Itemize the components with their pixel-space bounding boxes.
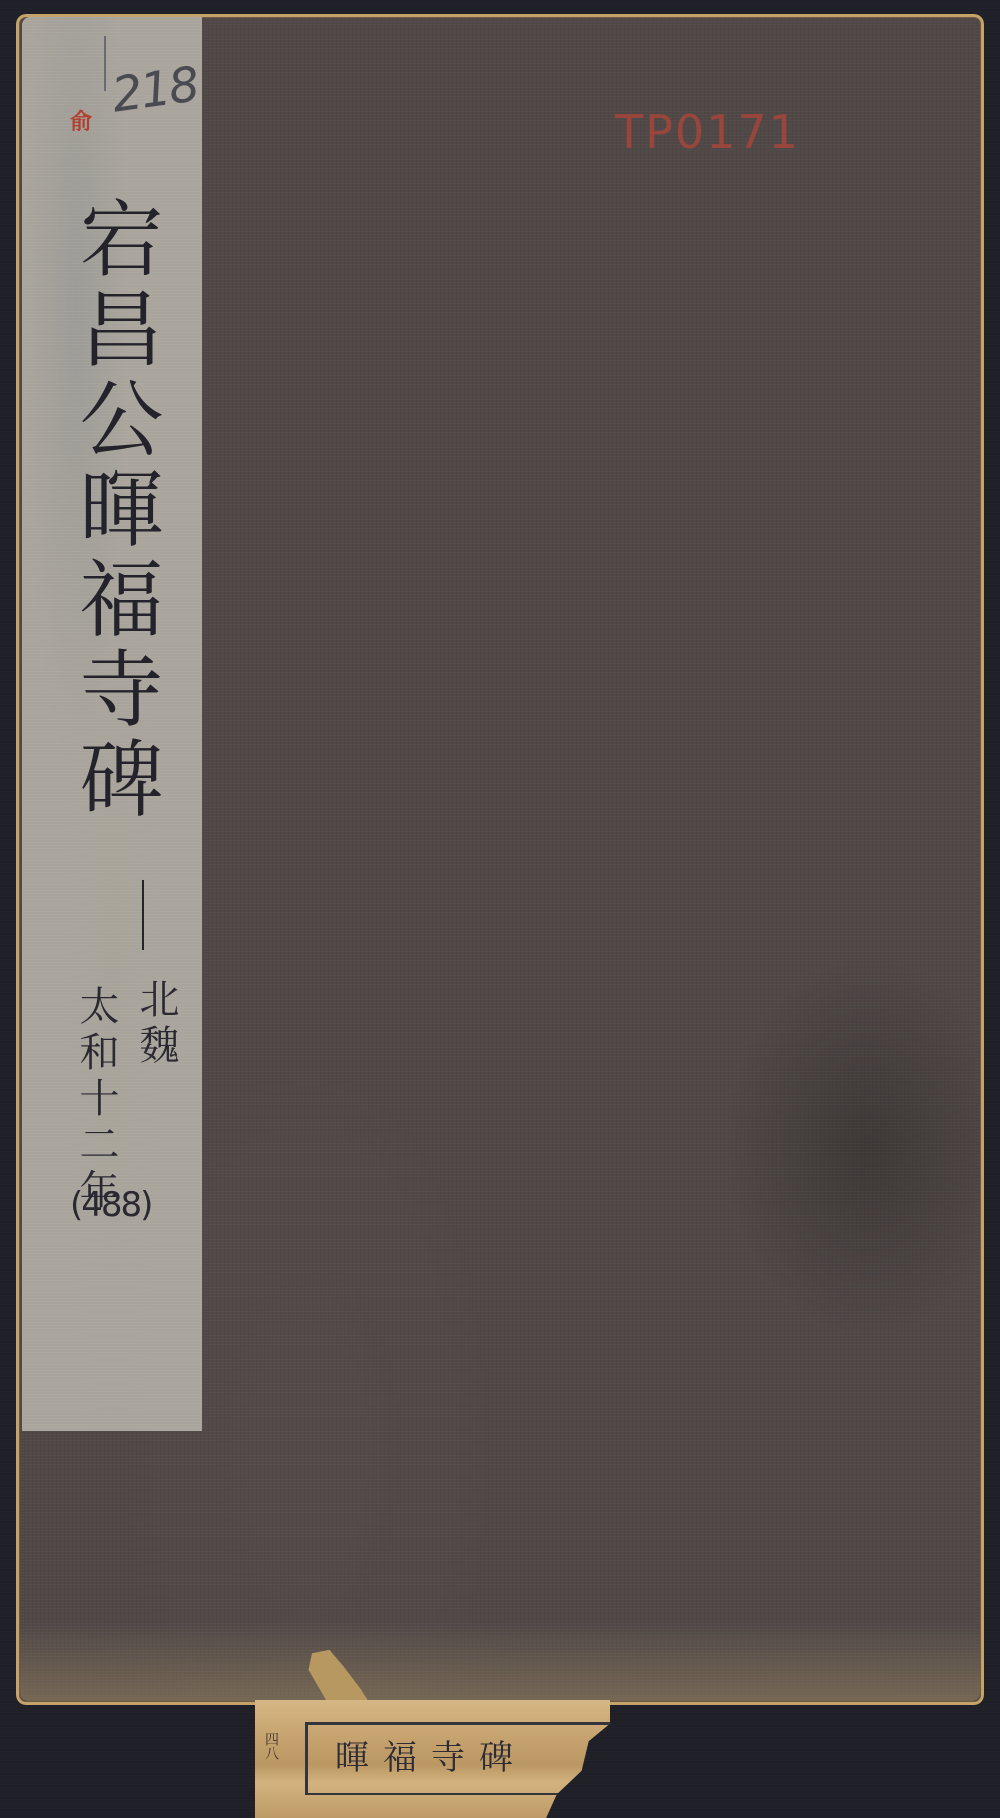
catalog-number: TP0171: [615, 105, 800, 159]
slip-title: 暉福寺碑: [335, 1730, 527, 1779]
pencil-mark: [104, 36, 106, 91]
slip-side-marks: 四八: [261, 1732, 281, 1760]
red-seal-stamp: 俞: [68, 108, 94, 136]
annotation-year: (488): [70, 1185, 151, 1225]
title-trailing-stroke: [142, 880, 144, 950]
annotation-dynasty: 北魏: [132, 978, 180, 1070]
inventory-number: 218: [109, 56, 202, 123]
cover-edge-wear: [20, 1621, 980, 1701]
annotation-date: 太和十二年: [72, 985, 120, 1215]
bottom-paper-slip: 四八 暉福寺碑: [255, 1700, 610, 1818]
handwritten-title: 宕昌公暉福寺碑: [60, 195, 170, 825]
